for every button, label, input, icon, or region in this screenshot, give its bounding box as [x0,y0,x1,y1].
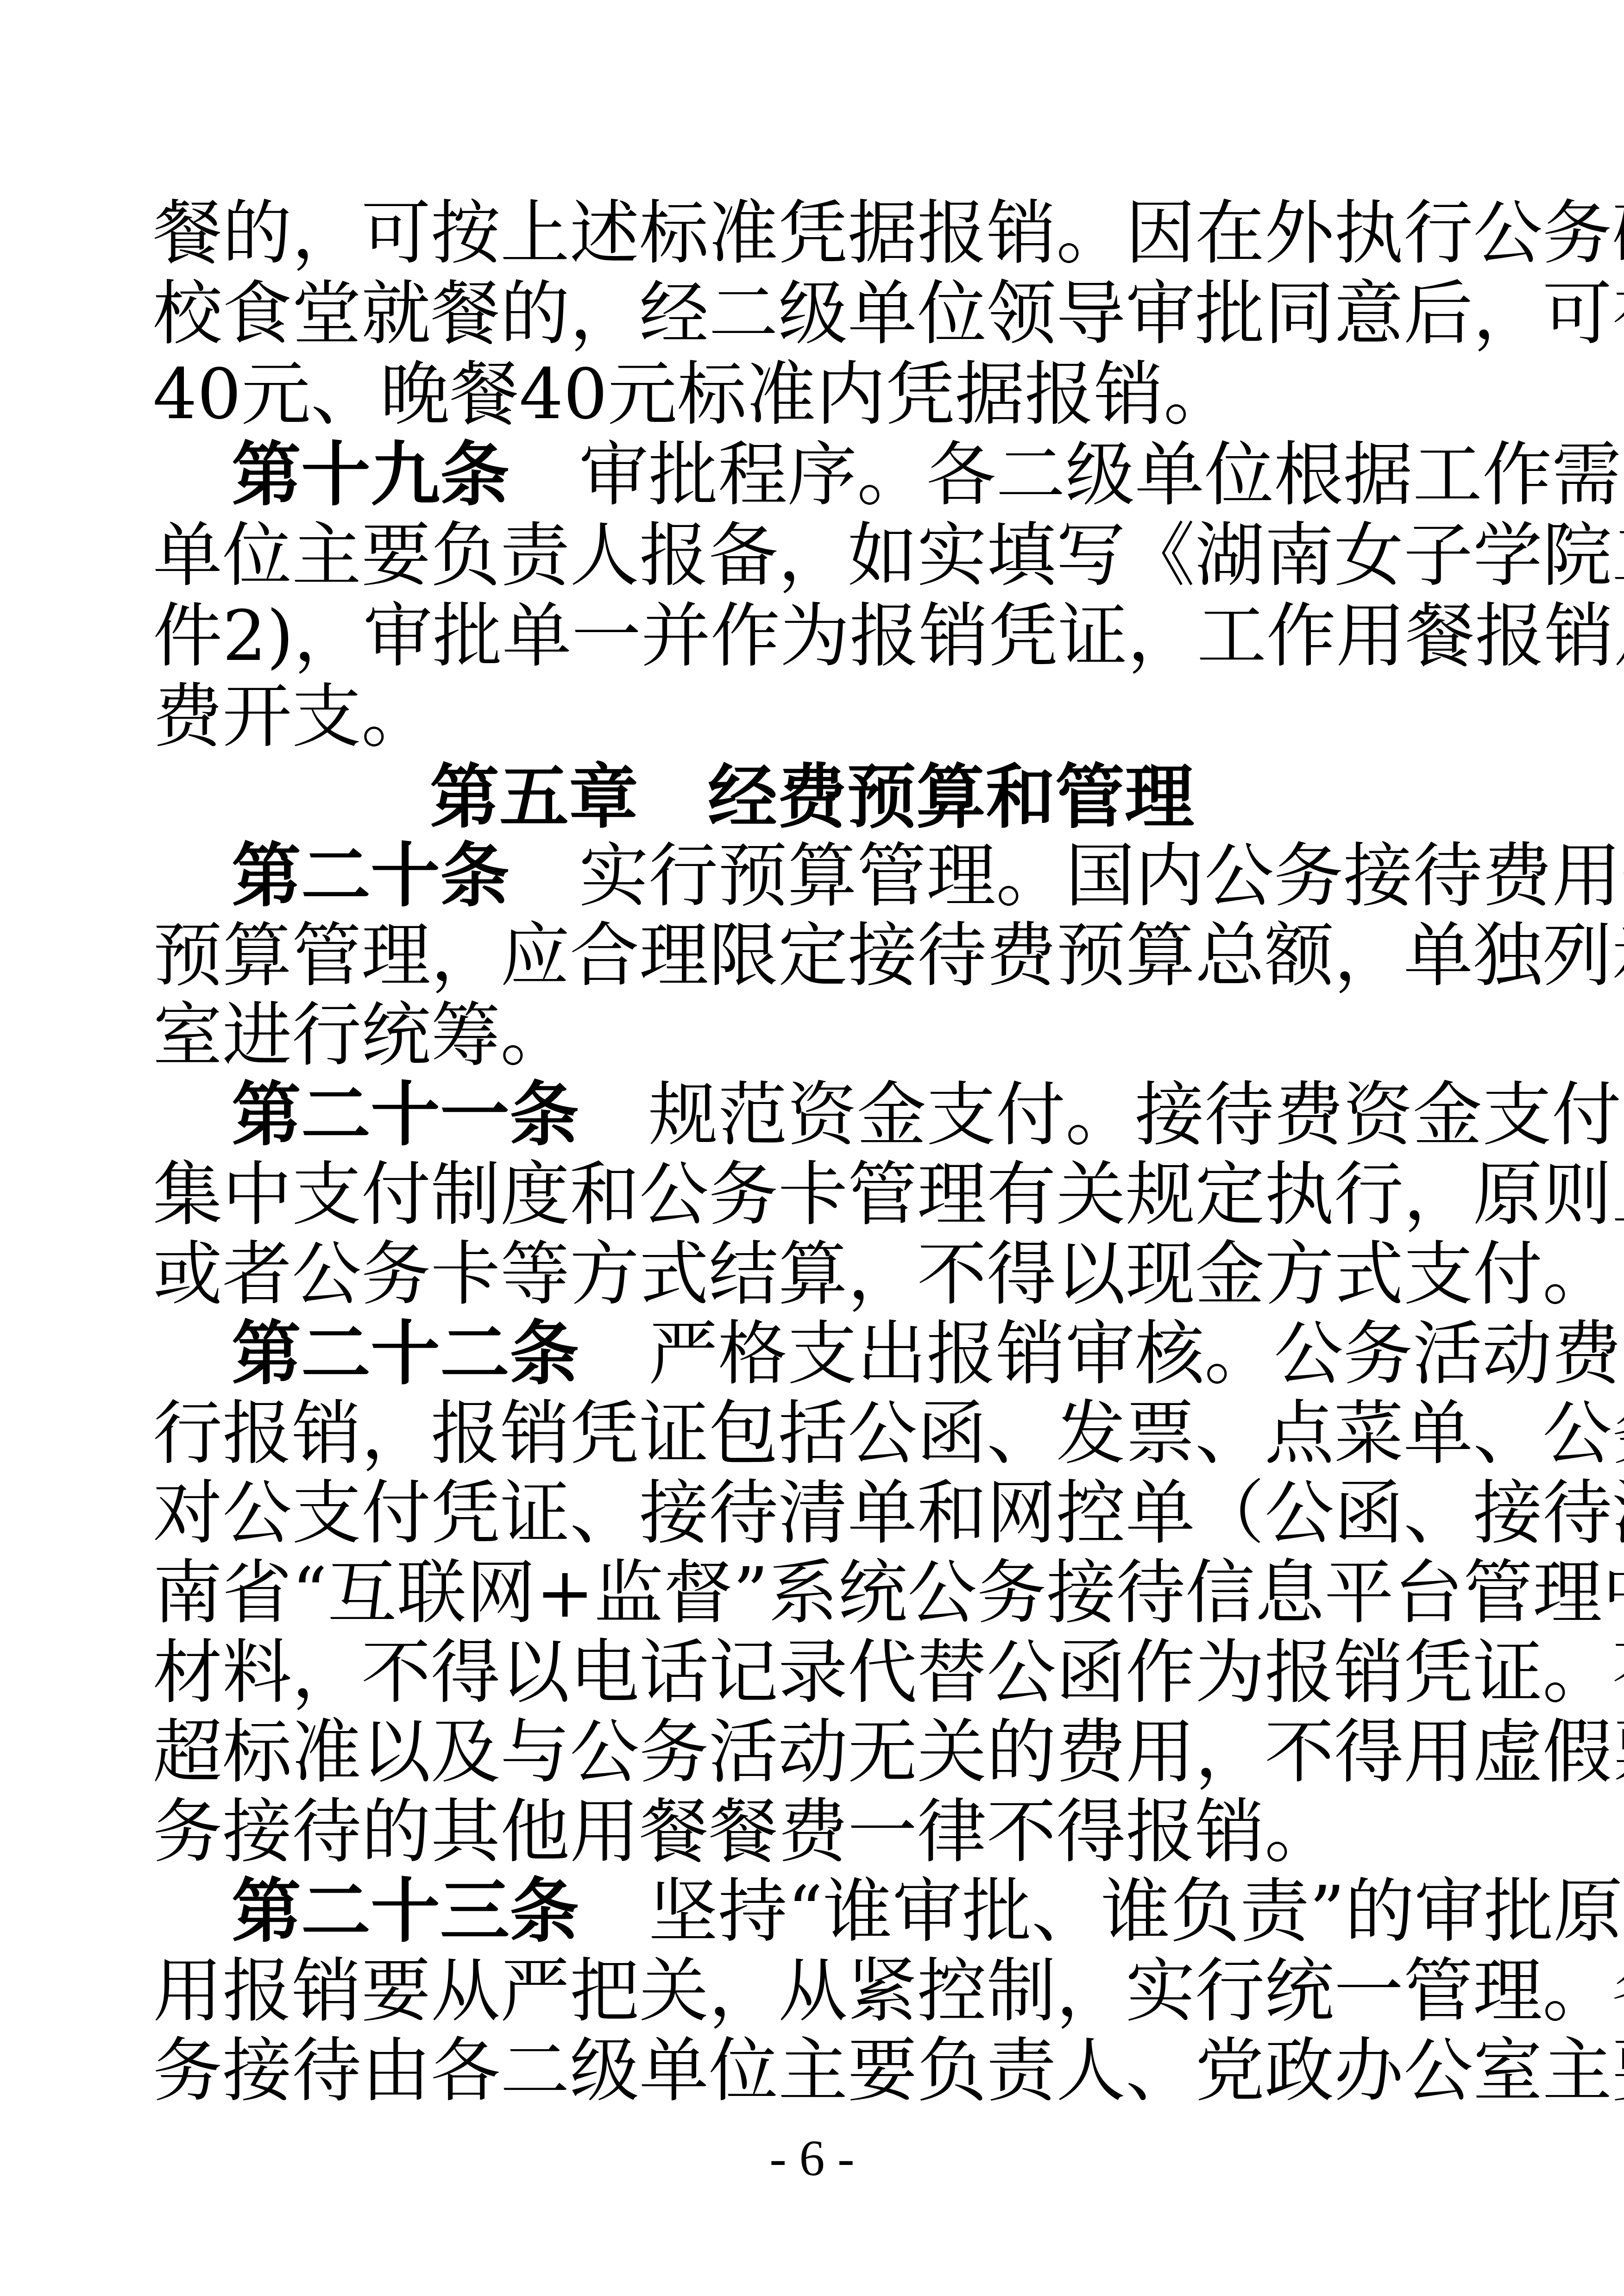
text-line: 用报销要从严把关，从紧控制，实行统一管理。各二级单位的对口公 [153,1951,1450,2031]
article-number: 第二十一条 [232,1075,579,1155]
page-number: - 6 - [0,2126,1624,2190]
text-line: 超标准以及与公务活动无关的费用，不得用虚假票据报销费用。非公 [153,1713,1450,1792]
text-line: 单位主要负责人报备，如实填写《湖南女子学院工作用餐审批单》(附 [153,516,1450,596]
text-line: 校食堂就餐的，经二级单位领导审批同意后，可在早餐20元、中餐 [153,274,1450,354]
text-line: 务接待由各二级单位主要负责人、党政办公室主要负责人审批；以学 [153,2031,1450,2111]
text-line: 件2)，审批单一并作为报销凭证，工作用餐报销从本部门（单位）经 [153,596,1450,676]
article-22-first-line: 第二十二条严格支出报销审核。公务活动费用须按真实凭证进 [232,1314,1450,1394]
text-line: 材料，不得以电话记录代替公函作为报销凭证。不得报销任何超范围、 [153,1633,1450,1713]
chapter-heading: 第五章 经费预算和管理 [0,758,1624,837]
text-line: 费开支。 [153,677,1450,757]
article-text: 坚持“谁审批、谁负责”的审批原则，公务活动费 [648,1871,1624,1952]
article-number: 第二十二条 [232,1314,579,1394]
article-text: 实行预算管理。国内公务接待费用全部纳入学校财务 [579,836,1624,916]
text-line: 行报销，报销凭证包括公函、发票、点菜单、公务卡消费刷卡小票或 [153,1394,1450,1474]
text-line: 餐的，可按上述标准凭据报销。因在外执行公务确实无法回家或回学 [153,194,1450,273]
document-page: 餐的，可按上述标准凭据报销。因在外执行公务确实无法回家或回学 校食堂就餐的，经二… [0,0,1624,2296]
article-23-first-line: 第二十三条坚持“谁审批、谁负责”的审批原则，公务活动费 [232,1872,1450,1951]
article-21-first-line: 第二十一条规范资金支付。接待费资金支付应当严格按照国库 [232,1075,1450,1155]
text-line: 集中支付制度和公务卡管理有关规定执行，原则上应当采用银行转账 [153,1155,1450,1235]
text-line: 对公支付凭证、接待清单和网控单（公函、接待清单和网控单需在湖 [153,1474,1450,1553]
article-text: 规范资金支付。接待费资金支付应当严格按照国库 [648,1075,1624,1155]
article-number: 第十九条 [232,435,510,515]
text-line: 室进行统筹。 [153,996,1450,1075]
article-text: 审批程序。各二级单位根据工作需要，用餐前向二级 [579,435,1624,515]
article-19-first-line: 第十九条审批程序。各二级单位根据工作需要，用餐前向二级 [232,435,1450,515]
article-text: 严格支出报销审核。公务活动费用须按真实凭证进 [648,1314,1624,1394]
article-number: 第二十三条 [232,1871,579,1952]
text-line: 预算管理，应合理限定接待费预算总额，单独列示，下达至党政办公 [153,916,1450,996]
article-20-first-line: 第二十条实行预算管理。国内公务接待费用全部纳入学校财务 [232,836,1450,916]
text-line: 或者公务卡等方式结算，不得以现金方式支付。 [153,1235,1450,1314]
text-line: 务接待的其他用餐餐费一律不得报销。 [153,1792,1450,1872]
text-line: 40元、晚餐40元标准内凭据报销。 [153,355,1450,434]
article-number: 第二十条 [232,836,510,916]
text-line: 南省“互联网+监督”系统公务接待信息平台管理中生成并打印）等 [153,1553,1450,1633]
